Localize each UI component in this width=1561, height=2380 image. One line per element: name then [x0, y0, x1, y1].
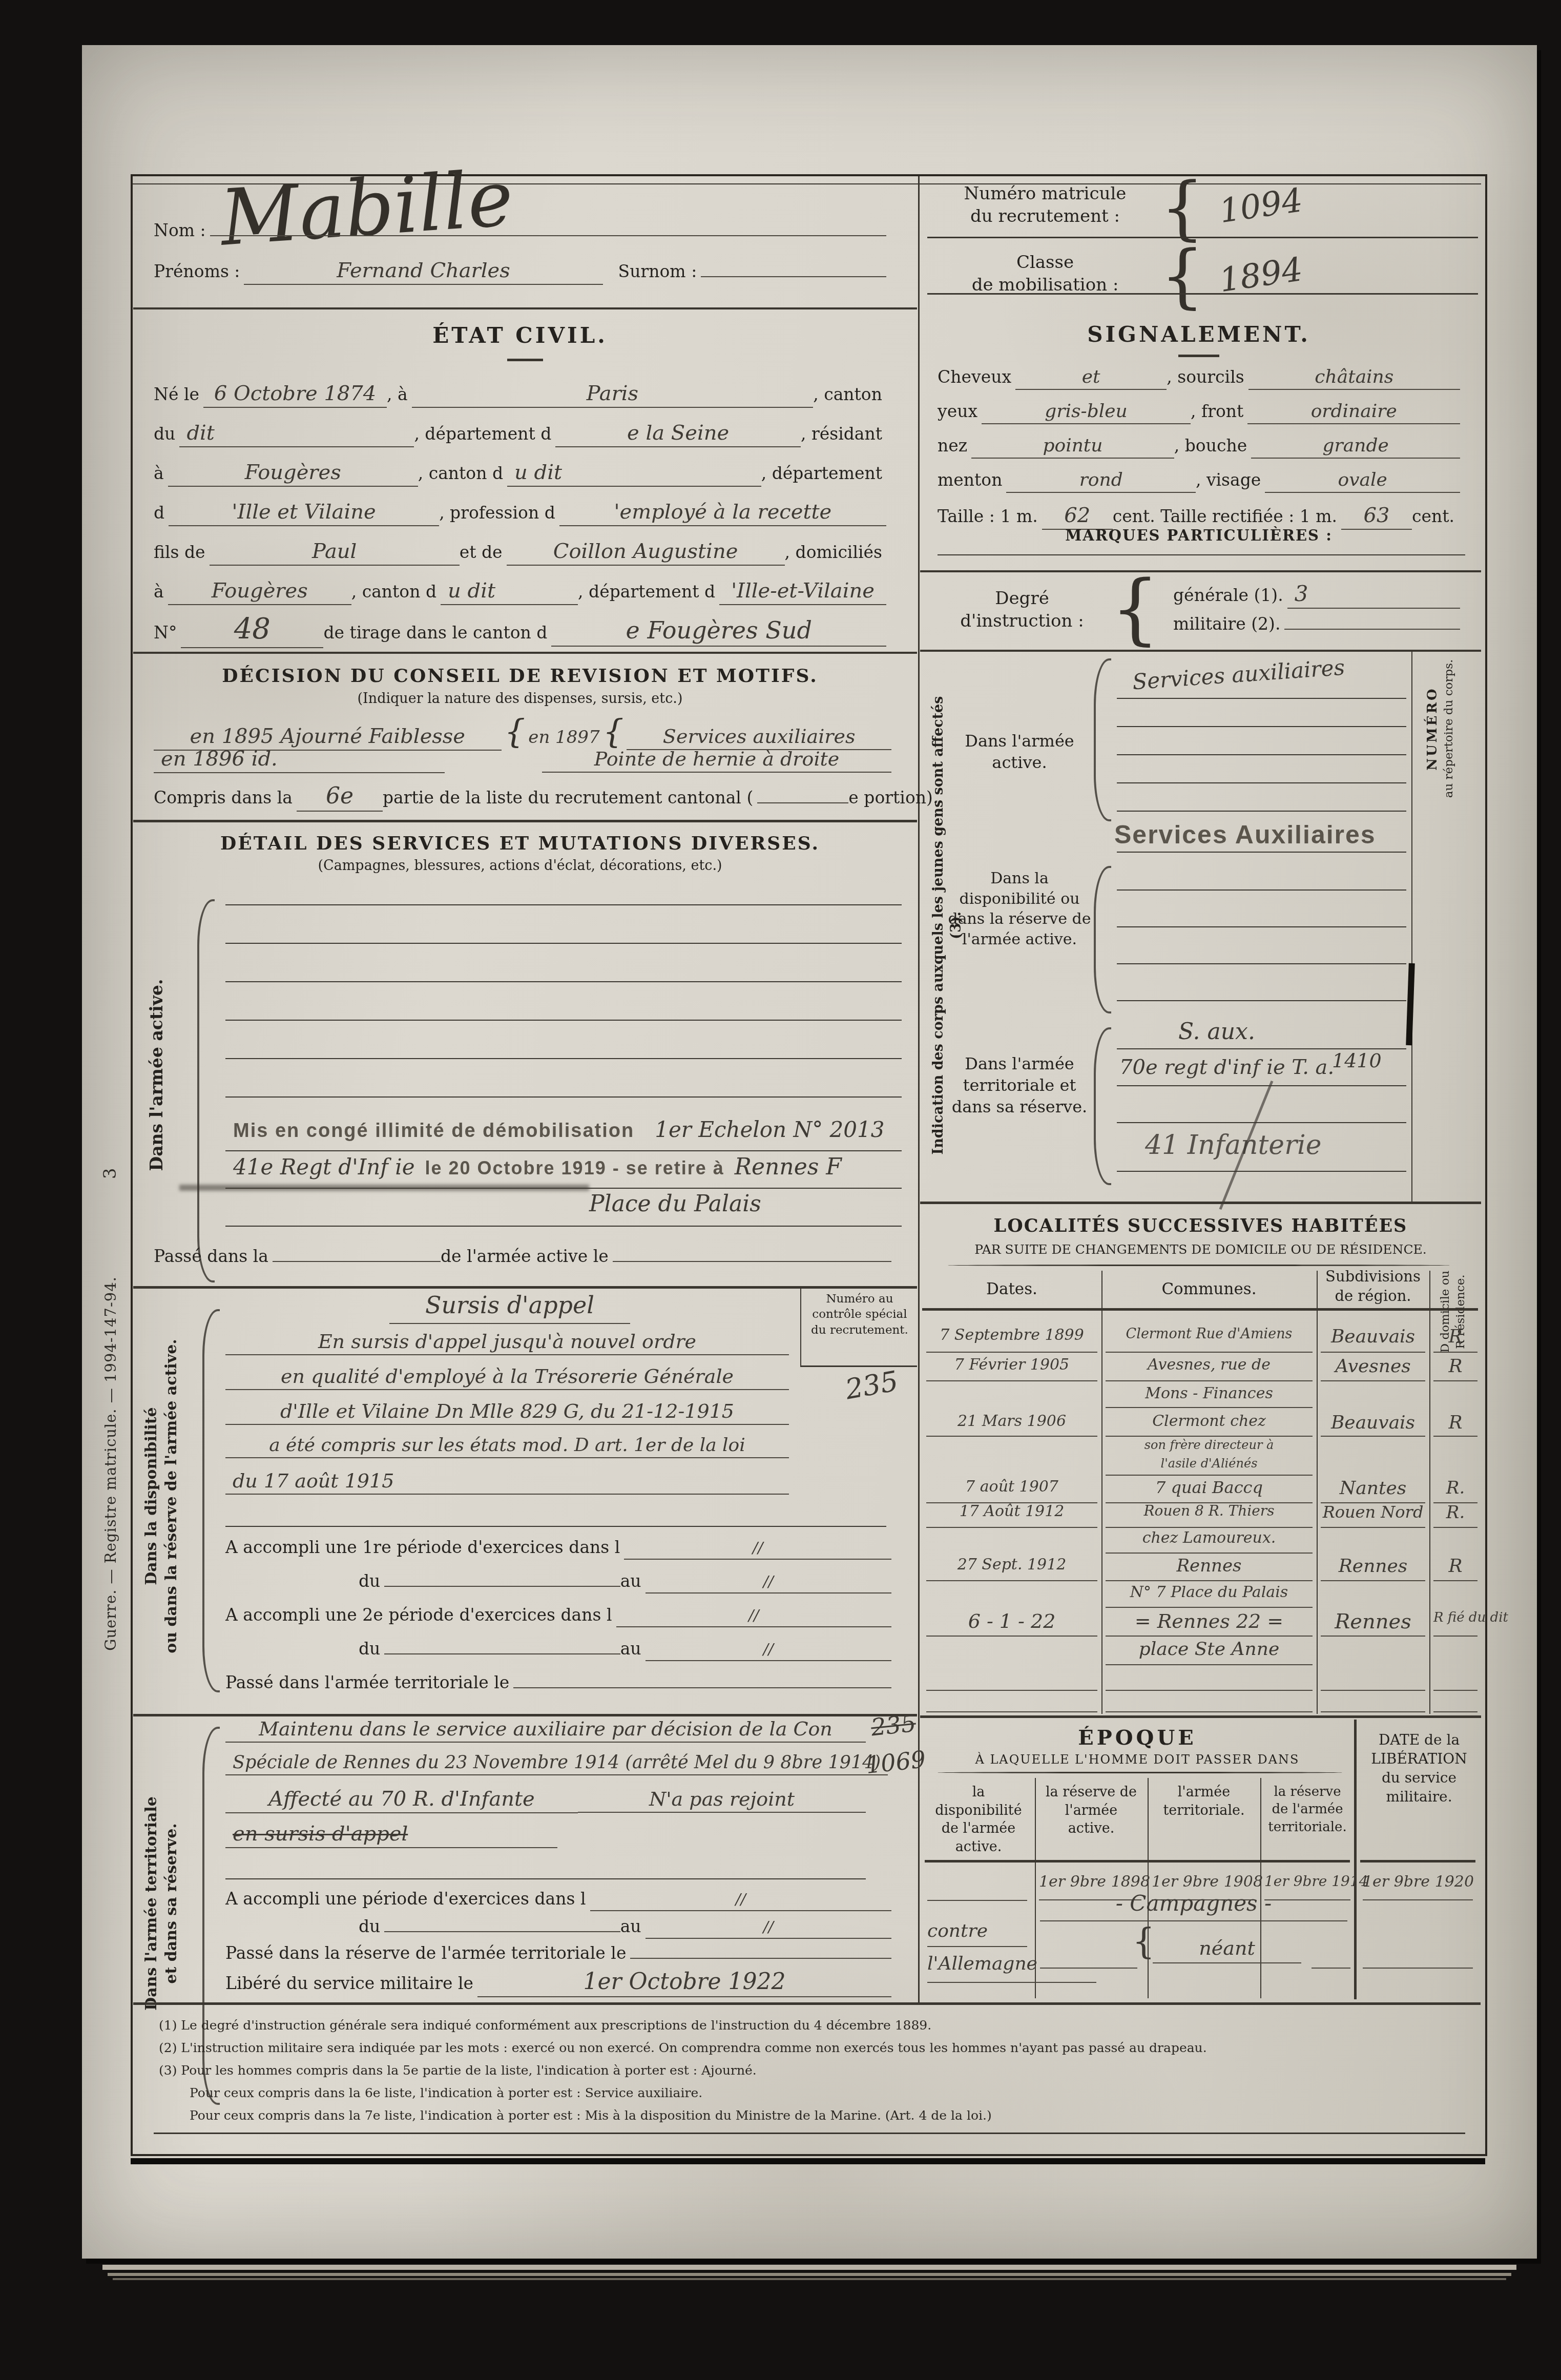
- localites-title: LOCALITÉS SUCCESSIVES HABITÉES: [920, 1215, 1481, 1236]
- periode-row: A accompli une période d'exercices dans …: [225, 1889, 891, 1911]
- label: cent.: [1412, 506, 1459, 527]
- section-rule: [920, 1715, 1481, 1718]
- label: Passé dans la: [154, 1246, 273, 1267]
- matricule-brace: {: [1160, 177, 1204, 239]
- taille-row: Taille : 1 m. 62 cent. Taille rectifiée …: [938, 504, 1460, 530]
- label: , profession d: [439, 503, 559, 524]
- value: u dit: [441, 579, 578, 605]
- side-label-line: Dans la disponibilité: [141, 1286, 161, 1706]
- signalement-title: SIGNALEMENT.: [922, 322, 1475, 347]
- blank-line: [613, 1255, 891, 1262]
- empty-cell: [1040, 1942, 1137, 1969]
- footnote-4: Pour ceux compris dans la 6e liste, l'in…: [190, 2085, 702, 2100]
- etat-row-1: Né le 6 Octobre 1874 , à Paris , canton: [154, 382, 886, 408]
- table-col-line: [1317, 1271, 1318, 1714]
- value: 'employé à la recette: [559, 500, 886, 526]
- rule-line: [225, 1526, 886, 1527]
- loc-dr: R: [1433, 1356, 1477, 1381]
- rule-line: [1117, 754, 1406, 755]
- campagnes-neant: néant: [1153, 1937, 1301, 1963]
- epoque-col4-header: la réserve de l'armée territoriale.: [1264, 1783, 1350, 1836]
- loc-commune-cont: son frère directeur à: [1106, 1438, 1313, 1456]
- label: fils de: [154, 542, 210, 563]
- tirage-canton: e Fougères Sud: [551, 616, 886, 647]
- instruction-militaire-row: militaire (2).: [1173, 614, 1460, 635]
- sursis-side-label: Dans la disponibilité ou dans la réserve…: [141, 1286, 184, 1706]
- label-line: NUMÉRO: [1424, 618, 1442, 839]
- rule-line: [225, 1096, 902, 1098]
- compris-partie: 6e: [297, 783, 383, 812]
- section-rule: [920, 650, 1481, 652]
- col-header-communes: Communes.: [1107, 1280, 1312, 1298]
- label: Passé dans la réserve de l'armée territo…: [225, 1943, 630, 1964]
- handwriting: du 17 août 1915: [225, 1470, 789, 1495]
- section-rule: [133, 307, 917, 309]
- controle-label: Numéro au contrôle spécial du recrutemen…: [805, 1291, 914, 1338]
- label: Passé dans l'armée territoriale le: [225, 1672, 513, 1693]
- rule-line: [225, 904, 902, 905]
- loc-dr: R: [1433, 1556, 1477, 1581]
- rule-line: [1117, 1171, 1406, 1172]
- label: menton: [938, 470, 1006, 491]
- loc-subdiv: Rennes: [1321, 1610, 1425, 1637]
- handwriting: a été compris sur les états mod. D art. …: [225, 1435, 789, 1458]
- corps-terr-hw1: S. aux.: [1178, 1019, 1255, 1045]
- localites-subtitle: PAR SUITE DE CHANGEMENTS DE DOMICILE OU …: [920, 1242, 1481, 1257]
- table-col-line: [1429, 1271, 1430, 1714]
- label: A accompli une 2e période d'exercices da…: [225, 1605, 616, 1626]
- decision-1896: en 1896 id.: [154, 747, 445, 773]
- services-subtitle: (Campagnes, blessures, actions d'éclat, …: [154, 858, 886, 874]
- degre-brace: {: [1111, 575, 1159, 644]
- loc-commune: Rennes: [1106, 1556, 1313, 1581]
- decision-row-2: en 1896 id. Pointe de hernie à droite: [154, 747, 891, 773]
- empty-cell: [1312, 1942, 1350, 1969]
- label: du: [154, 424, 179, 445]
- side-label-line: et dans sa réserve.: [161, 1709, 181, 2098]
- header-rule: [922, 1308, 1478, 1311]
- footnote-2: (2) L'instruction militaire sera indiqué…: [159, 2040, 1207, 2055]
- du-au-row: du au //: [359, 1571, 891, 1593]
- retire-stamp: le 20 Octobre 1919 - se retire à: [425, 1157, 724, 1179]
- label: du: [359, 1571, 384, 1592]
- maintenu-line-1: Maintenu dans le service auxiliaire par …: [225, 1717, 866, 1743]
- page-stack-edge: [113, 2278, 1506, 2280]
- label: , bouche: [1174, 436, 1252, 457]
- maintenu-line-2: Spéciale de Rennes du 23 Novembre 1914 (…: [225, 1752, 866, 1775]
- prenoms-row: Prénoms : Fernand Charles Surnom :: [154, 259, 886, 285]
- label: , département d: [414, 424, 555, 445]
- handwriting: N'a pas rejoint: [578, 1788, 866, 1813]
- label: Né le: [154, 384, 203, 405]
- label: , département: [761, 463, 886, 484]
- sursis-line-1: En sursis d'appel jusqu'à nouvel ordre: [225, 1330, 789, 1355]
- affecte-row: Affecté au 70 R. d'Infante N'a pas rejoi…: [225, 1787, 866, 1813]
- label: , à: [387, 384, 412, 405]
- label: , canton d: [418, 463, 507, 484]
- rule-line: [225, 943, 902, 944]
- loc-commune-cont: l'asile d'Aliénés: [1106, 1456, 1313, 1476]
- spine-caption: Guerre. — Registre matricule. — 1994-147…: [99, 820, 121, 1998]
- campagnes-contre: contre: [927, 1920, 1027, 1947]
- label: nez: [938, 436, 971, 457]
- empty-cell: [926, 1692, 1097, 1712]
- label: , sourcils: [1167, 367, 1248, 388]
- blank-line: [757, 797, 848, 803]
- brace: {: [502, 713, 529, 751]
- value: ordinaire: [1247, 401, 1460, 424]
- section-rule: [133, 1286, 917, 1289]
- empty-cell: [1321, 1668, 1425, 1691]
- classe-label-2: de mobilisation :: [963, 275, 1127, 295]
- blank-line: [384, 1648, 620, 1654]
- loc-subdiv: Beauvais: [1321, 1326, 1425, 1353]
- epoque-date-col-line: [1354, 1720, 1357, 1999]
- bottom-inner-rule: [154, 2133, 1465, 2134]
- label: , département d: [578, 582, 719, 603]
- label: partie de la liste du recrutement canton…: [383, 788, 757, 809]
- services-title: DÉTAIL DES SERVICES ET MUTATIONS DIVERSE…: [154, 833, 886, 854]
- loc-date: 6 - 1 - 22: [926, 1610, 1097, 1637]
- loc-date: 7 Septembre 1899: [926, 1326, 1097, 1353]
- blank-line: [384, 1580, 620, 1587]
- handwriting: Spéciale de Rennes du 23 Novembre 1914 (…: [225, 1752, 888, 1775]
- ditto-mark: //: [590, 1891, 891, 1911]
- title-tiret: [507, 359, 543, 361]
- brace: {: [600, 713, 627, 751]
- rule-line: [1117, 889, 1406, 891]
- label: Cheveux: [938, 367, 1015, 388]
- sursis-title: Sursis d'appel: [389, 1291, 630, 1324]
- label: de tirage dans le canton d: [323, 623, 551, 644]
- classe-label-1: Classe: [963, 252, 1127, 273]
- value: pointu: [971, 435, 1174, 459]
- loc-commune: Clermont Rue d'Amiens: [1106, 1326, 1313, 1353]
- services-side-label: Dans l'armée active.: [146, 896, 166, 1254]
- loc-subdiv: Rouen Nord: [1321, 1502, 1425, 1528]
- rule-line: [225, 1878, 866, 1879]
- value: et: [1015, 366, 1167, 390]
- value: 'Ille-et-Vilaine: [719, 579, 886, 605]
- services-bracket: [197, 899, 215, 1282]
- label: au: [620, 1916, 646, 1937]
- epoque-v5: 1er 9bre 1920: [1363, 1873, 1473, 1900]
- signalement-row-3: nez pointu , bouche grande: [938, 435, 1460, 459]
- section-rule: [920, 570, 1481, 572]
- du-au-row: du au //: [359, 1639, 891, 1661]
- prenoms-value: Fernand Charles: [244, 259, 602, 285]
- label: générale (1).: [1173, 585, 1287, 606]
- classe-brace: {: [1160, 245, 1204, 307]
- territoriale-side-label: Dans l'armée territoriale et dans sa rés…: [141, 1709, 184, 2098]
- empty-cell: [926, 1668, 1097, 1691]
- spine-page-number: 3: [100, 1167, 120, 1179]
- side-label-line: ou dans la réserve de l'armée active.: [161, 1286, 181, 1706]
- blank-line: [273, 1255, 441, 1262]
- epoque-col1-header: la disponibilité de l'armée active.: [927, 1783, 1030, 1856]
- bottom-shadow-rule: [131, 2158, 1485, 2164]
- loc-commune: Avesnes, rue de: [1106, 1356, 1313, 1381]
- label: N°: [154, 623, 181, 644]
- echelon-number: 1er Echelon N° 2013: [655, 1117, 884, 1142]
- value: Coillon Augustine: [507, 540, 785, 566]
- title-tiret: [1178, 355, 1219, 357]
- section-rule: [920, 1202, 1481, 1204]
- col-header-dates: Dates.: [927, 1280, 1096, 1298]
- bracket: [1094, 1027, 1111, 1185]
- taille-value: 62: [1042, 504, 1113, 530]
- rule-line: [1117, 811, 1406, 812]
- header-rule: [925, 1860, 1350, 1862]
- loc-commune-cont: Mons - Finances: [1106, 1384, 1313, 1408]
- numero-col-line: [1411, 652, 1412, 1202]
- empty-cell: [1433, 1668, 1477, 1691]
- etat-row-6: à Fougères , canton d u dit , départemen…: [154, 579, 886, 605]
- loc-commune: Rouen 8 R. Thiers: [1106, 1502, 1313, 1528]
- empty-cell: [1363, 1942, 1473, 1969]
- decision-services-aux: Services auxiliaires: [627, 725, 891, 750]
- label: , canton: [813, 384, 886, 405]
- controle-box-rule: [800, 1365, 917, 1367]
- rule-line: [225, 1150, 902, 1151]
- corps-terr-numero: 1410: [1332, 1049, 1382, 1072]
- label: cent. Taille rectifiée : 1 m.: [1113, 506, 1341, 527]
- rule-line: [1117, 1085, 1406, 1086]
- page-stack-edge: [102, 2265, 1516, 2270]
- loc-subdiv: Beauvais: [1321, 1412, 1425, 1437]
- loc-commune-cont: place Ste Anne: [1106, 1639, 1313, 1665]
- label: , résidant: [801, 424, 886, 445]
- loc-date: 21 Mars 1906: [926, 1412, 1097, 1437]
- value: rond: [1006, 469, 1195, 493]
- campagnes-title: - Campagnes -: [1040, 1891, 1347, 1921]
- sursis-line-5: du 17 août 1915: [225, 1470, 789, 1495]
- value: u dit: [507, 461, 761, 487]
- label: , visage: [1196, 470, 1265, 491]
- label: A accompli une 1re période d'exercices d…: [225, 1537, 624, 1558]
- matricule-label-1: Numéro matricule: [932, 183, 1158, 204]
- bracket: [1094, 658, 1111, 821]
- loc-dr: R.: [1433, 1478, 1477, 1503]
- passe-reserve-row: Passé dans la réserve de l'armée territo…: [225, 1943, 891, 1964]
- passe-territoriale-row: Passé dans l'armée territoriale le: [225, 1672, 891, 1693]
- tirage-number: 48: [181, 612, 323, 648]
- retire-ville: Rennes F: [735, 1154, 842, 1180]
- periode-2-row: A accompli une 2e période d'exercices da…: [225, 1605, 891, 1627]
- label: à: [154, 582, 168, 603]
- loc-subdiv: Avesnes: [1321, 1356, 1425, 1381]
- handwriting-struck: en sursis d'appel: [225, 1822, 557, 1848]
- demobilisation-row: Mis en congé illimité de démobilisation …: [233, 1117, 899, 1142]
- scanned-register-photo: { "colors":{"paper":"#d7d3ca","print_ink…: [0, 0, 1561, 2380]
- section-rule: [133, 820, 917, 822]
- signalement-row-4: menton rond , visage ovale: [938, 469, 1460, 493]
- loc-dr: R: [1433, 1412, 1477, 1437]
- value: dit: [179, 421, 414, 447]
- du-au-row: du au //: [359, 1916, 891, 1939]
- surnom-line: [701, 271, 886, 277]
- libere-date: 1er Octobre 1922: [477, 1969, 891, 1997]
- rule-line: [1117, 726, 1406, 727]
- decision-1897: en 1897: [528, 727, 599, 748]
- value: Paul: [210, 540, 460, 566]
- etat-row-3: à Fougères , canton d u dit , départemen…: [154, 461, 886, 487]
- blank-line: [630, 1952, 891, 1959]
- value: ovale: [1265, 469, 1460, 493]
- corps-terr-hw3-struck: 41 Infanterie: [1145, 1130, 1321, 1161]
- rule-line: [225, 1058, 902, 1059]
- value: Fougères: [168, 579, 351, 605]
- ditto-mark: //: [616, 1607, 891, 1627]
- label: et de: [460, 542, 507, 563]
- value: 'Ille et Vilaine: [169, 500, 439, 526]
- empty-cell: [1106, 1668, 1313, 1691]
- value: grande: [1251, 435, 1460, 459]
- label: e portion).: [848, 788, 942, 809]
- value: Paris: [412, 382, 814, 408]
- epoque-date-header: DATE de la LIBÉRATION du service militai…: [1365, 1731, 1473, 1807]
- value: gris-bleu: [982, 401, 1191, 424]
- epoque-title: ÉPOQUE: [922, 1726, 1352, 1750]
- decision-subtitle: (Indiquer la nature des dispenses, sursi…: [154, 691, 886, 707]
- rule-line: [1117, 1000, 1406, 1001]
- etat-civil-title: ÉTAT CIVIL.: [154, 323, 886, 348]
- label: du: [359, 1916, 384, 1937]
- label: Compris dans la: [154, 788, 297, 809]
- loc-subdiv: Rennes: [1321, 1556, 1425, 1581]
- label: A accompli une période d'exercices dans …: [225, 1889, 590, 1910]
- degre-label-2: d'instruction :: [948, 611, 1096, 631]
- epoque-col3-header: l'armée territoriale.: [1153, 1783, 1255, 1819]
- services-auxiliaires-stamp: Services Auxiliaires: [1114, 820, 1376, 850]
- label: , canton d: [351, 582, 441, 603]
- section-rule: [133, 652, 917, 654]
- rule-line: [1117, 926, 1406, 927]
- empty-cell: [1106, 1692, 1313, 1712]
- etat-row-4: d 'Ille et Vilaine , profession d 'emplo…: [154, 500, 886, 526]
- page-stack-edge: [108, 2273, 1511, 2276]
- sursis-strike-row: en sursis d'appel: [225, 1822, 866, 1848]
- section-rule: [133, 1714, 917, 1716]
- loc-subdiv: Nantes: [1321, 1478, 1425, 1503]
- label: militaire (2).: [1173, 614, 1284, 635]
- loc-dr: R fié du dit: [1433, 1610, 1477, 1637]
- table-col-line: [1101, 1271, 1102, 1714]
- rule: [927, 293, 1478, 295]
- ditto-mark: //: [646, 1641, 891, 1661]
- prenoms-label: Prénoms :: [154, 261, 244, 282]
- rule-line: [1117, 963, 1406, 964]
- footnote-1: (1) Le degré d'instruction générale sera…: [159, 2018, 931, 2033]
- footnote-5: Pour ceux compris dans la 7e liste, l'in…: [190, 2108, 992, 2123]
- instruction-generale-row: générale (1). 3: [1173, 581, 1460, 609]
- passe-armee-active-row: Passé dans la de l'armée active le: [154, 1246, 891, 1267]
- bracket: [1094, 866, 1111, 1013]
- rule-line: [1117, 698, 1406, 699]
- sursis-line-4: a été compris sur les états mod. D art. …: [225, 1435, 789, 1458]
- signalement-row-2: yeux gris-bleu , front ordinaire: [938, 401, 1460, 424]
- squiggle-rule: [938, 1772, 1342, 1773]
- loc-commune: Clermont chez: [1106, 1412, 1313, 1437]
- handwriting: En sursis d'appel jusqu'à nouvel ordre: [225, 1330, 789, 1355]
- periode-1-row: A accompli une 1re période d'exercices d…: [225, 1537, 891, 1560]
- loc-date: 27 Sept. 1912: [926, 1556, 1097, 1581]
- regiment-row: 41e Regt d'Inf ie le 20 Octobre 1919 - s…: [233, 1154, 899, 1180]
- footnotes-rule: [133, 2002, 1481, 2005]
- rule-line: [1117, 782, 1406, 783]
- rule-line: [225, 981, 902, 982]
- label: au: [620, 1571, 646, 1592]
- nom-line: [210, 230, 886, 236]
- sursis-bracket: [202, 1309, 220, 1692]
- value: 6 Octobre 1874: [203, 382, 387, 408]
- handwriting: Affecté au 70 R. d'Infante: [225, 1787, 578, 1813]
- epoque-v1-empty: [927, 1875, 1027, 1901]
- label: à: [154, 463, 168, 484]
- label: au: [620, 1639, 646, 1660]
- degre-label-1: Degré: [948, 588, 1096, 609]
- empty-cell: [1321, 1692, 1425, 1712]
- controle-box-line: [800, 1287, 801, 1365]
- loc-commune: 7 quai Baccq: [1106, 1478, 1313, 1503]
- value: châtains: [1248, 366, 1460, 390]
- empty-cell: [1433, 1692, 1477, 1712]
- decision-row-1: en 1895 Ajourné Faiblesse { en 1897 { Se…: [154, 713, 891, 751]
- label: de l'armée active le: [441, 1246, 613, 1267]
- side-label-line: Dans l'armée territoriale: [141, 1709, 161, 2098]
- rule-line: [225, 1226, 902, 1227]
- marginal-number-old: 235: [869, 1709, 917, 1742]
- nom-label: Nom :: [154, 220, 210, 241]
- decision-hernie: Pointe de hernie à droite: [542, 748, 891, 773]
- regiment: 41e Regt d'Inf ie: [233, 1154, 415, 1179]
- footnote-3: (3) Pour les hommes compris dans la 5e p…: [159, 2063, 757, 2078]
- compris-row: Compris dans la 6e partie de la liste du…: [154, 783, 891, 812]
- rule-line: [938, 554, 1465, 555]
- handwriting: en qualité d'employé à la Trésorerie Gén…: [225, 1365, 789, 1390]
- epoque-subtitle: À LAQUELLE L'HOMME DOIT PASSER DANS: [922, 1752, 1352, 1767]
- sursis-line-3: d'Ille et Vilaine Dn Mlle 829 G, du 21-1…: [225, 1400, 789, 1425]
- taille-rectifiee-value: 63: [1341, 504, 1412, 530]
- rule-line: [1117, 1122, 1406, 1123]
- decision-title: DÉCISION DU CONSEIL DE REVISION ET MOTIF…: [154, 665, 886, 687]
- marques-label: MARQUES PARTICULIÈRES :: [938, 527, 1460, 544]
- label: du: [359, 1639, 384, 1660]
- header-rule: [1360, 1860, 1475, 1862]
- label: Taille : 1 m.: [938, 506, 1042, 527]
- loc-date: 7 Février 1905: [926, 1356, 1097, 1381]
- signalement-row-1: Cheveux et , sourcils châtains: [938, 366, 1460, 390]
- loc-dr: R: [1433, 1326, 1477, 1353]
- ditto-mark: //: [646, 1573, 891, 1593]
- loc-commune: = Rennes 22 =: [1106, 1610, 1313, 1637]
- loc-date: 7 août 1907: [926, 1478, 1097, 1503]
- label: , front: [1191, 401, 1247, 422]
- label: Libéré du service militaire le: [225, 1973, 477, 1994]
- libere-row: Libéré du service militaire le 1er Octob…: [225, 1969, 891, 1997]
- retire-adresse: Place du Palais: [589, 1191, 761, 1217]
- value: Fougères: [168, 461, 418, 487]
- spine-caption-text: Guerre. — Registre matricule. — 1994-147…: [102, 1276, 119, 1651]
- squiggle-rule: [948, 1265, 1450, 1266]
- corps-active-label: Dans l'armée active.: [948, 730, 1091, 773]
- label: yeux: [938, 401, 982, 422]
- handwriting: Maintenu dans le service auxiliaire par …: [225, 1717, 866, 1743]
- blank-line: [513, 1682, 891, 1688]
- loc-commune-cont: chez Lamoureux.: [1106, 1529, 1313, 1554]
- instruction-generale-value: 3: [1287, 581, 1460, 609]
- col-header-subdivisions: Subdivisions de région.: [1322, 1267, 1424, 1306]
